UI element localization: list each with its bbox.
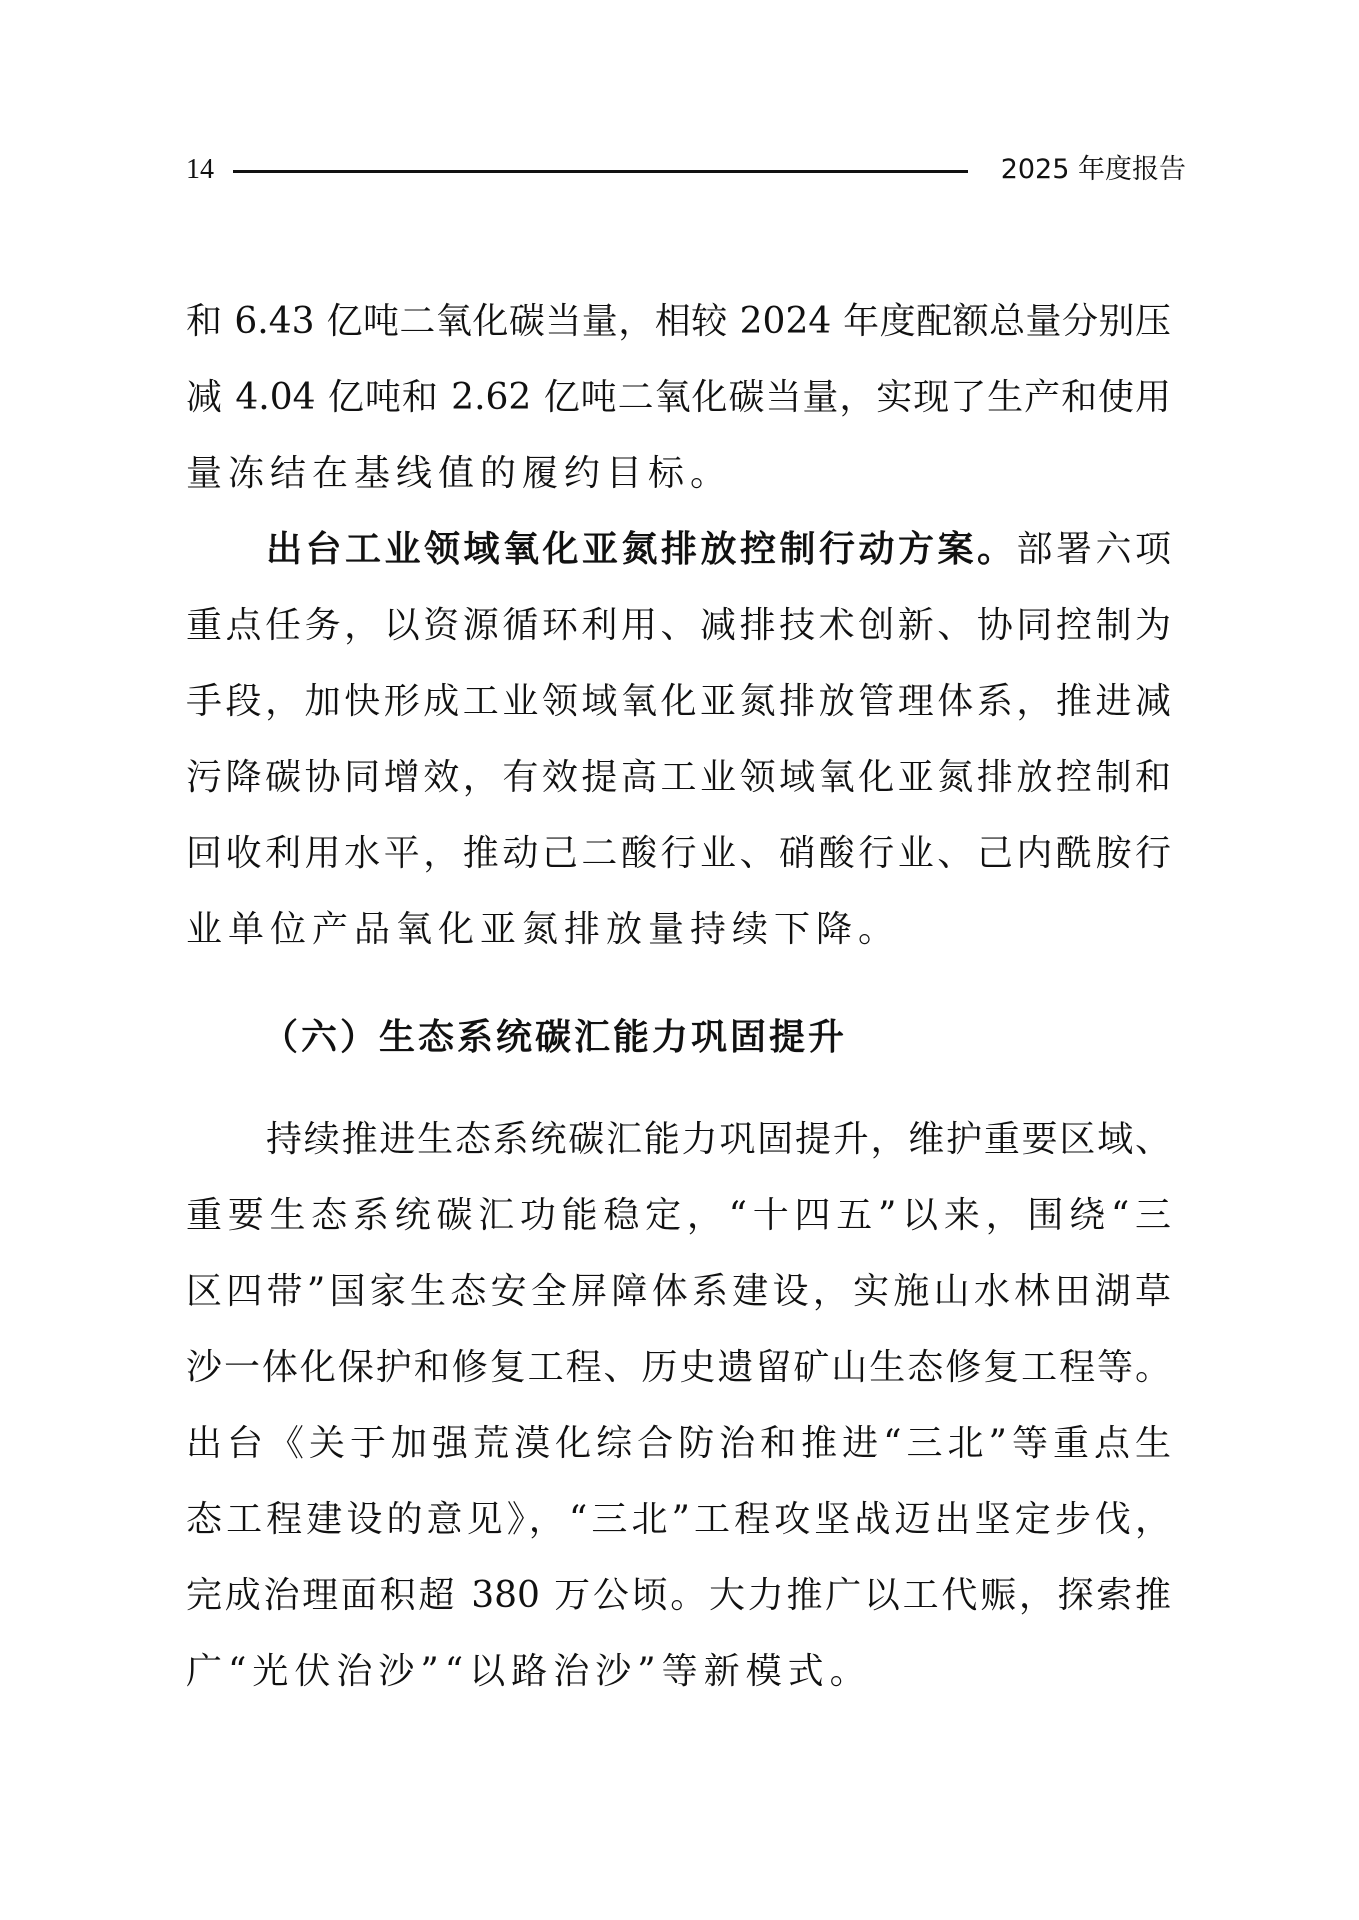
text-line: 持续推进生态系统碳汇能力巩固提升，维护重要区域、: [266, 1114, 1171, 1166]
page-header: 14 2025 年度报告: [186, 150, 1186, 190]
paragraph-lead-bold: 出台工业领域氧化亚氮排放控制行动方案。: [266, 529, 1016, 570]
text-line: 业单位产品氧化亚氮排放量持续下降。: [186, 904, 1171, 956]
text-line: 量冻结在基线值的履约目标。: [186, 448, 1171, 500]
text-line: 态工程建设的意见》，“三北”工程攻坚战迈出坚定步伐，: [186, 1494, 1171, 1546]
text-line: 出台《关于加强荒漠化综合防治和推进“三北”等重点生: [186, 1418, 1171, 1470]
text-line: 区四带”国家生态安全屏障体系建设，实施山水林田湖草: [186, 1266, 1171, 1318]
section-heading: （六）生态系统碳汇能力巩固提升: [262, 1012, 847, 1064]
header-rule: [233, 170, 968, 173]
text-line: 减 4.04 亿吨和 2.62 亿吨二氧化碳当量，实现了生产和使用: [186, 372, 1171, 424]
text-line: 回收利用水平，推动己二酸行业、硝酸行业、己内酰胺行: [186, 828, 1171, 880]
running-title: 2025 年度报告: [1001, 150, 1186, 190]
text-line: 广“光伏治沙”“以路治沙”等新模式。: [186, 1646, 1171, 1698]
text-line: 污降碳协同增效，有效提高工业领域氧化亚氮排放控制和: [186, 752, 1171, 804]
page-number: 14: [186, 150, 214, 190]
text-line: 完成治理面积超 380 万公顷。大力推广以工代赈，探索推: [186, 1570, 1171, 1622]
text-line: 和 6.43 亿吨二氧化碳当量，相较 2024 年度配额总量分别压: [186, 296, 1171, 348]
text-line-lead: 出台工业领域氧化亚氮排放控制行动方案。部署六项: [266, 524, 1171, 576]
text-line: 沙一体化保护和修复工程、历史遗留矿山生态修复工程等。: [186, 1342, 1171, 1394]
text-line: 重要生态系统碳汇功能稳定，“十四五”以来，围绕“三: [186, 1190, 1171, 1242]
text-line: 重点任务，以资源循环利用、减排技术创新、协同控制为: [186, 600, 1171, 652]
text-line: 手段，加快形成工业领域氧化亚氮排放管理体系，推进减: [186, 676, 1171, 728]
paragraph-lead-rest: 部署六项: [1016, 529, 1171, 570]
